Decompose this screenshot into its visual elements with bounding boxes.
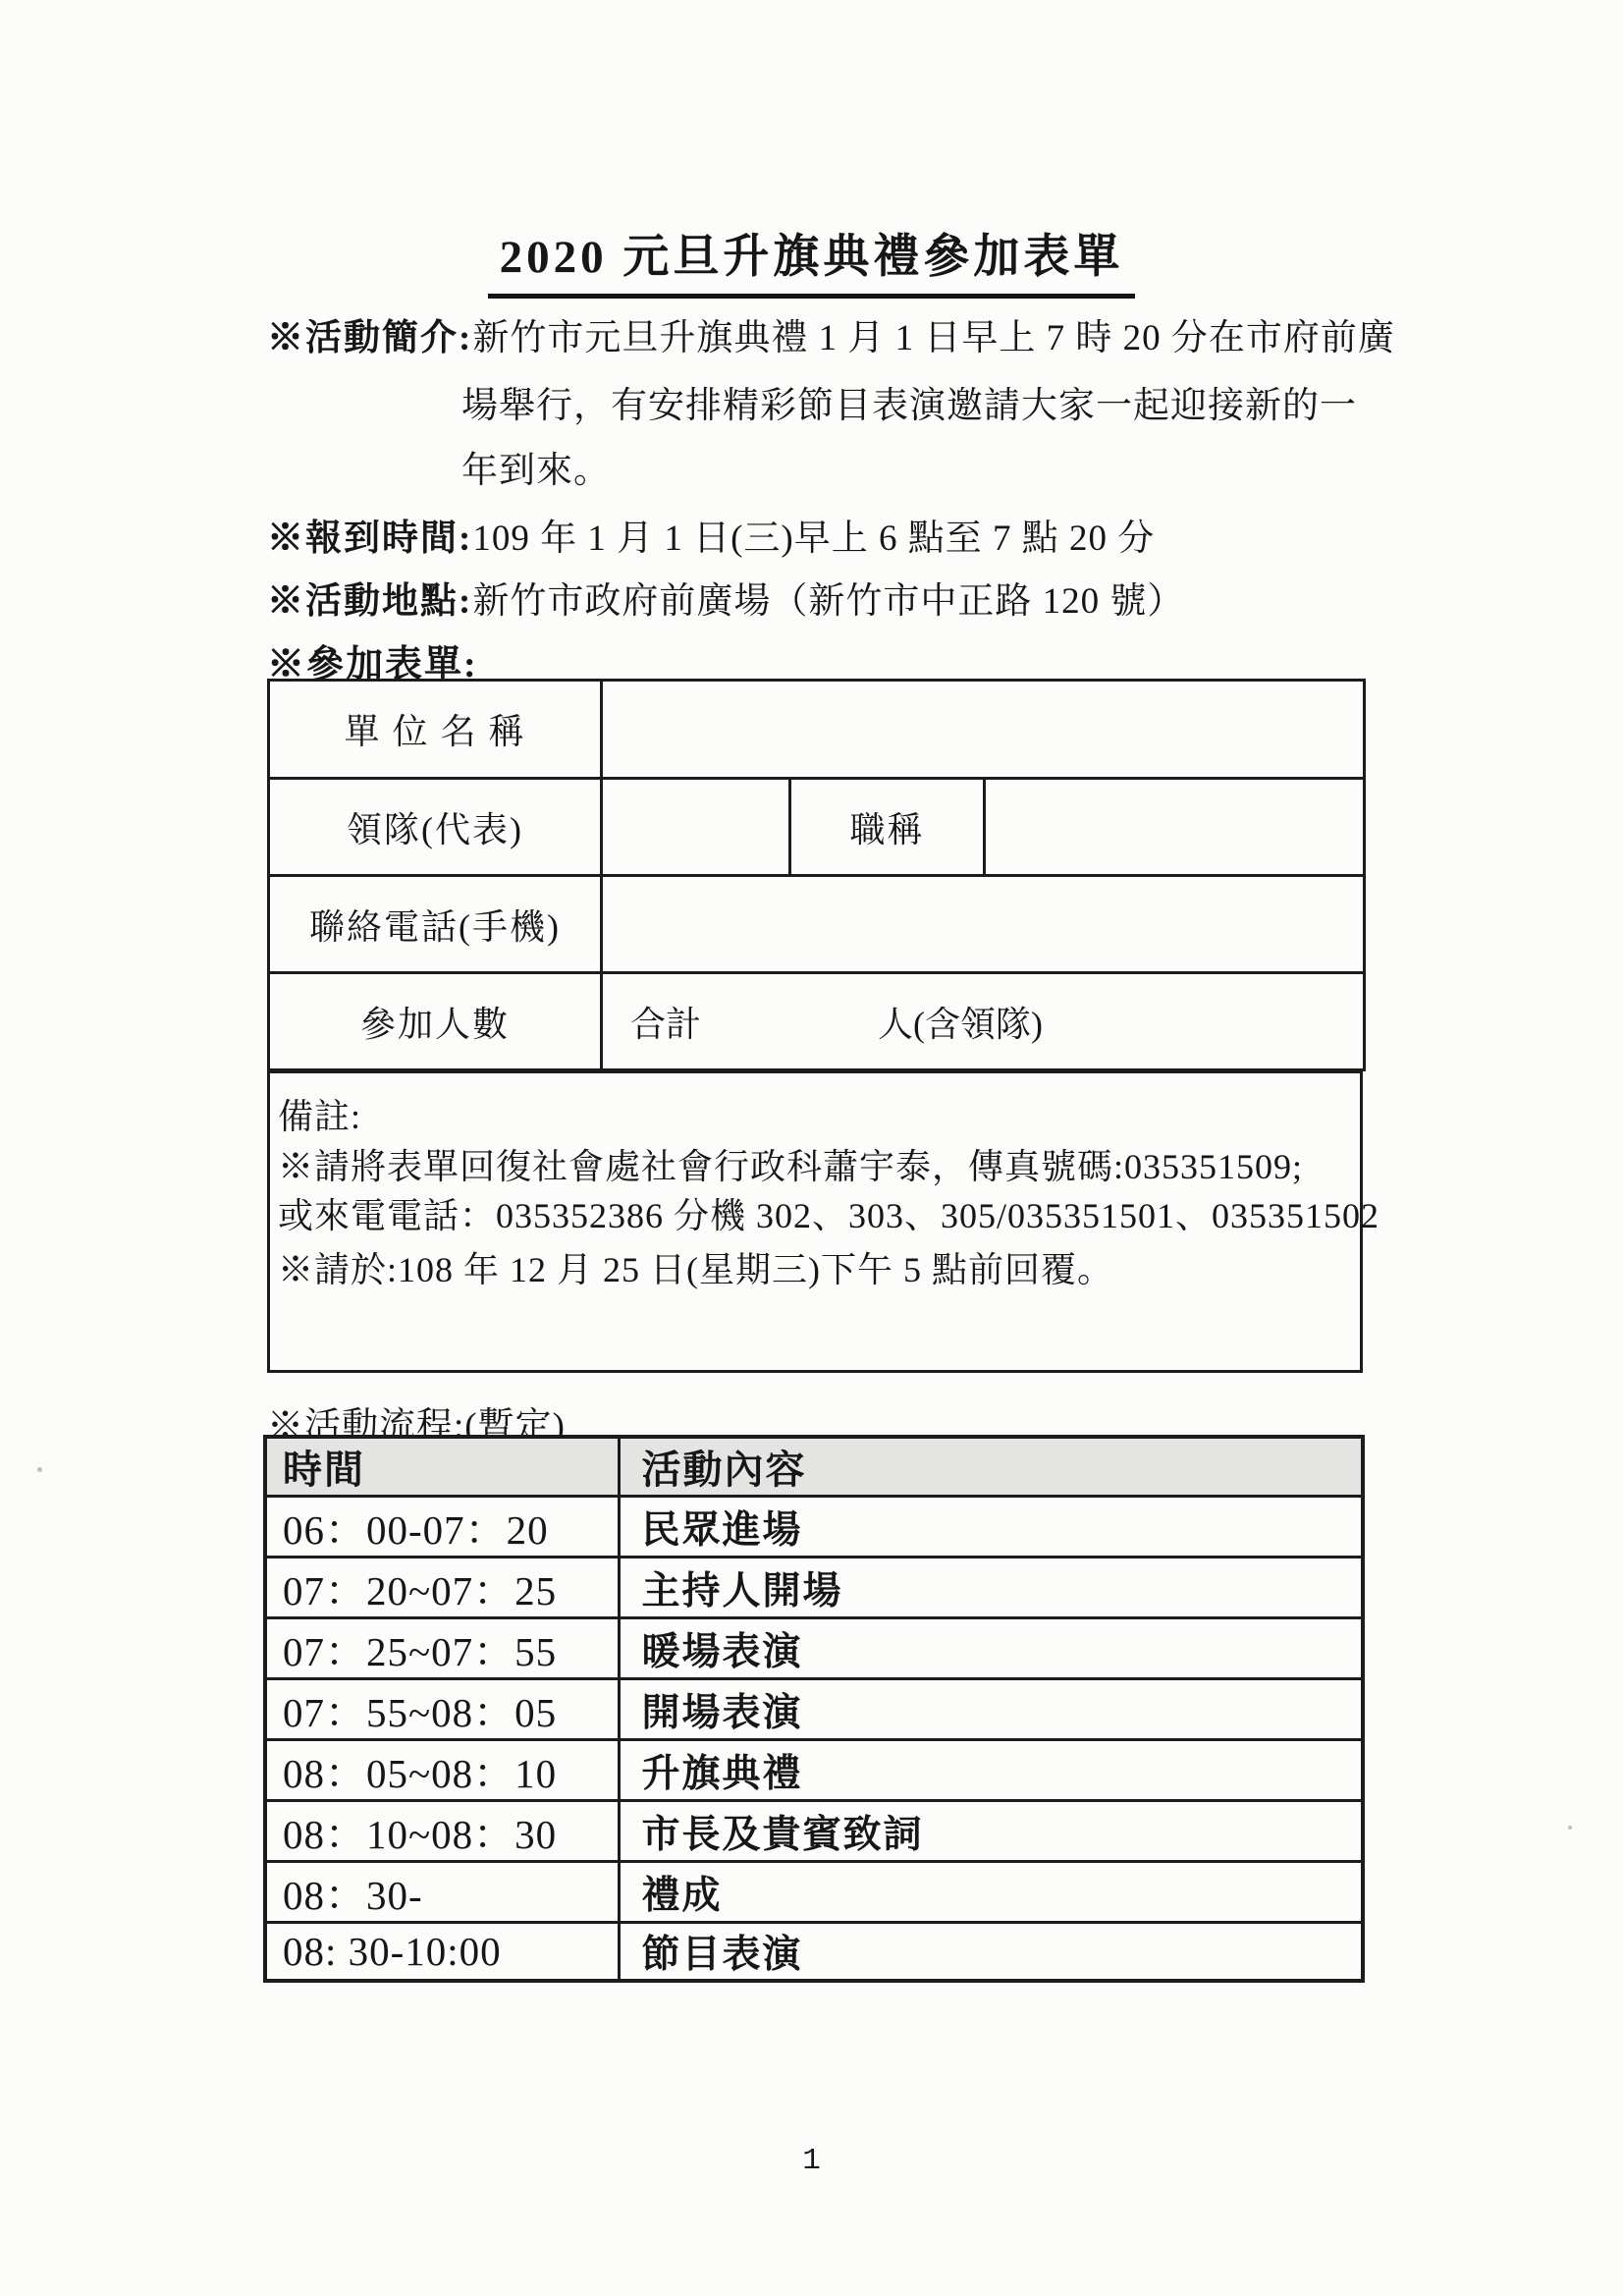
location-line: ※活動地點:新竹市政府前廣場（新竹市中正路 120 號） [267,571,1184,624]
schedule-time: 08：10~08：30 [265,1801,619,1862]
schedule-header-activity: 活動內容 [619,1437,1363,1497]
schedule-activity: 市長及貴賓致詞 [619,1801,1363,1862]
schedule-time: 08: 30-10:00 [265,1923,619,1982]
scanned-document-page: { "title": "2020 元旦升旗典禮參加表單", "intro": {… [0,0,1623,2296]
schedule-activity: 暖場表演 [619,1618,1363,1679]
schedule-row: 07：55~08：05 開場表演 [265,1679,1363,1740]
participation-form-table: 單 位 名 稱 領隊(代表) 職稱 聯絡電話(手機) 參加人數 合計人(含領隊) [267,679,1366,1071]
count-label: 參加人數 [269,973,602,1070]
intro-line-1: ※活動簡介:新竹市元旦升旗典禮 1 月 1 日早上 7 時 20 分在市府前廣 [267,307,1395,360]
schedule-header-time: 時間 [265,1437,619,1497]
job-title-label: 職稱 [790,779,985,876]
document-title: 2020 元旦升旗典禮參加表單 [488,220,1136,299]
schedule-activity: 主持人開場 [619,1558,1363,1618]
notes-line-3: ※請於:108 年 12 月 25 日(星期三)下午 5 點前回覆。 [278,1242,1113,1292]
unit-name-field [602,681,1365,779]
page-number: 1 [0,2144,1623,2178]
form-row-phone: 聯絡電話(手機) [269,876,1365,973]
notes-line-2: 或來電電話：035352386 分機 302、303、305/035351501… [278,1188,1380,1238]
schedule-activity: 節目表演 [619,1923,1363,1982]
form-row-leader: 領隊(代表) 職稱 [269,779,1365,876]
schedule-time: 08：05~08：10 [265,1740,619,1801]
notes-header: 備註: [278,1089,361,1139]
phone-label: 聯絡電話(手機) [269,876,602,973]
schedule-time: 08：30- [265,1862,619,1923]
schedule-row: 07：20~07：25 主持人開場 [265,1558,1363,1618]
schedule-table: 時間 活動內容 06：00-07：20 民眾進場 07：20~07：25 主持人… [263,1435,1365,1983]
intro-text-1: 新竹市元旦升旗典禮 1 月 1 日早上 7 時 20 分在市府前廣 [472,318,1395,358]
leader-field [602,779,790,876]
form-row-unit: 單 位 名 稱 [269,681,1365,779]
job-title-field [985,779,1365,876]
schedule-time: 07：20~07：25 [265,1558,619,1618]
schedule-header-row: 時間 活動內容 [265,1437,1363,1497]
intro-line-2: 場舉行，有安排精彩節目表演邀請大家一起迎接新的一 [461,375,1357,428]
checkin-time-text: 109 年 1 月 1 日(三)早上 6 點至 7 點 20 分 [472,519,1155,559]
schedule-row: 08：10~08：30 市長及貴賓致詞 [265,1801,1363,1862]
schedule-activity: 民眾進場 [619,1497,1363,1558]
notes-line-1: ※請將表單回復社會處社會行政科蕭宇泰，傳真號碼:035351509; [278,1139,1303,1189]
intro-line-3: 年到來。 [461,440,611,493]
schedule-time: 06：00-07：20 [265,1497,619,1558]
unit-name-label: 單 位 名 稱 [269,681,602,779]
schedule-activity: 禮成 [619,1862,1363,1923]
notes-box: 備註: ※請將表單回復社會處社會行政科蕭宇泰，傳真號碼:035351509; 或… [267,1070,1363,1373]
location-label: ※活動地點: [267,581,472,622]
schedule-time: 07：25~07：55 [265,1618,619,1679]
count-field: 合計人(含領隊) [602,973,1365,1070]
checkin-time-line: ※報到時間:109 年 1 月 1 日(三)早上 6 點至 7 點 20 分 [267,508,1155,561]
schedule-activity: 升旗典禮 [619,1740,1363,1801]
count-total-label: 合計 [630,1005,701,1044]
phone-field [602,876,1365,973]
document-title-row: 2020 元旦升旗典禮參加表單 [0,220,1623,299]
schedule-row: 08：30- 禮成 [265,1862,1363,1923]
count-suffix-label: 人(含領隊) [878,1005,1043,1044]
location-text: 新竹市政府前廣場（新竹市中正路 120 號） [472,581,1184,622]
scan-speck [37,1467,42,1472]
schedule-row: 08：05~08：10 升旗典禮 [265,1740,1363,1801]
schedule-row: 07：25~07：55 暖場表演 [265,1618,1363,1679]
schedule-row: 08: 30-10:00 節目表演 [265,1923,1363,1982]
leader-label: 領隊(代表) [269,779,602,876]
intro-label: ※活動簡介: [267,318,472,358]
schedule-row: 06：00-07：20 民眾進場 [265,1497,1363,1558]
checkin-time-label: ※報到時間: [267,519,472,559]
form-row-count: 參加人數 合計人(含領隊) [269,973,1365,1070]
schedule-activity: 開場表演 [619,1679,1363,1740]
scan-speck [1568,1826,1572,1830]
schedule-time: 07：55~08：05 [265,1679,619,1740]
